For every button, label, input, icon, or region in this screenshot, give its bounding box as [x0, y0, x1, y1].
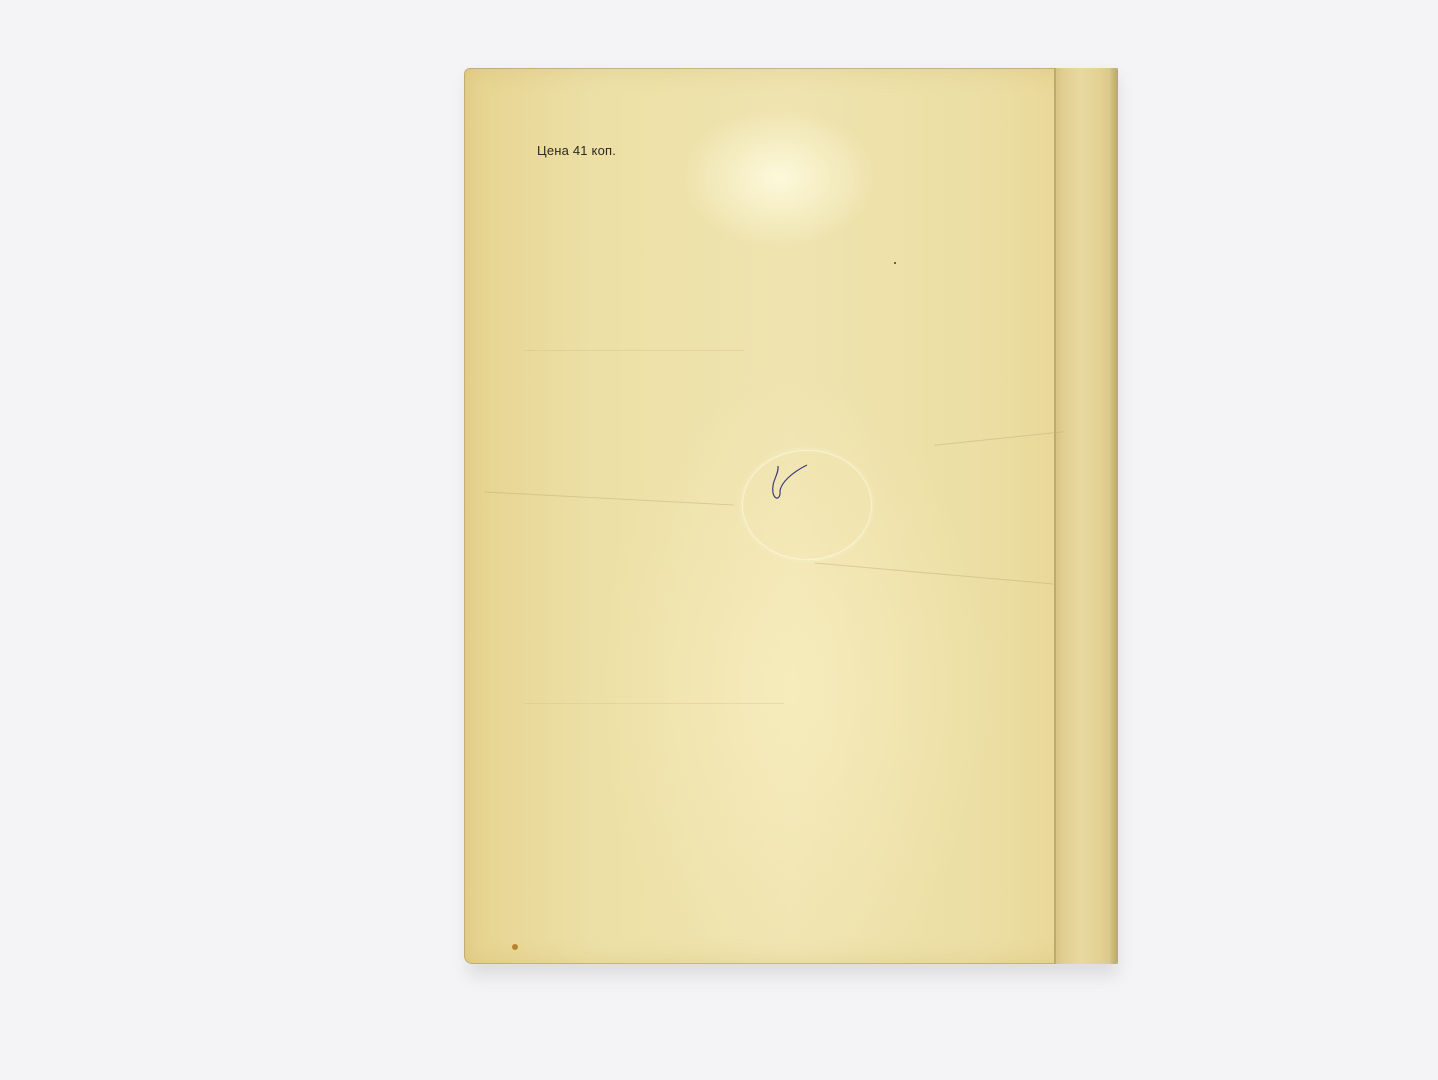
spine-edge — [1110, 68, 1118, 964]
cover-crease — [934, 431, 1063, 446]
price-label: Цена 41 коп. — [537, 143, 616, 158]
cover-crease — [524, 703, 784, 704]
cover-crease — [484, 491, 734, 505]
ink-dot — [894, 262, 896, 264]
book-spine-strip — [1054, 68, 1118, 964]
book-back-cover: Цена 41 коп. — [464, 68, 1118, 964]
corner-stain — [512, 944, 518, 950]
pen-scribble-icon — [769, 463, 829, 513]
cover-crease — [814, 563, 1053, 585]
cover-crease — [524, 350, 744, 351]
